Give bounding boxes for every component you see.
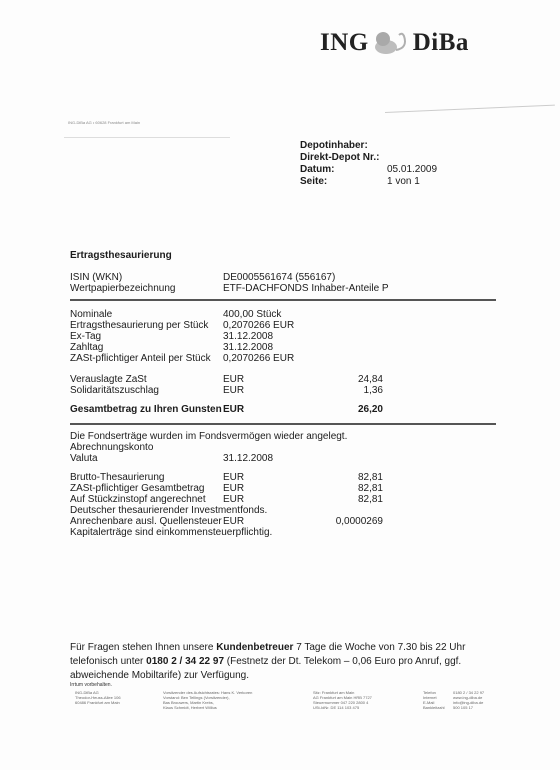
footer-address: ING-DiBa AG Theodor-Heuss-Allee 106 6048… [75,690,121,705]
bank-logo: ING DiBa [320,28,469,58]
total-amount: 26,20 [273,404,383,415]
row-currency: EUR [223,516,273,527]
footer-registry: Sitz: Frankfurt am Main AG Frankfurt am … [313,690,372,710]
row-value: DE0005561674 (556167) [223,272,335,283]
section-divider [70,299,496,301]
row-label: Zahltag [70,342,223,353]
row-label: Wertpapierbezeichnung [70,283,223,294]
tax-note: Kapitalerträge sind einkommensteuerpflic… [70,527,383,538]
row-label: Anrechenbare ausl. Quellensteuer [70,516,223,527]
row-value: 31.12.2008 [223,342,273,353]
footer-board: Vorsitzender des Aufsichtsrates: Hans K.… [163,690,252,710]
amount-row: ZASt-pflichtiger GesamtbetragEUR82,81 [70,483,383,494]
row-label: Verauslagte ZaSt [70,374,223,385]
row-currency: EUR [223,374,273,385]
row-amount: 24,84 [273,374,383,385]
info-label: Datum: [300,164,387,176]
row-value: 400,00 Stück [223,309,281,320]
row-label: Brutto-Thesaurierung [70,472,223,483]
info-value: 1 von 1 [387,176,420,188]
row-currency: EUR [223,483,273,494]
footer-value: 500 105 17 [453,705,473,710]
row-label: ZASt-pflichtiger Anteil per Stück [70,353,223,364]
reinvest-note: Die Fondserträge wurden im Fondsvermögen… [70,431,347,442]
total-currency: EUR [223,404,273,415]
row-value: 31.12.2008 [223,453,273,464]
contact-highlight: Kundenbetreuer [216,642,293,653]
header-info: Depotinhaber: Direkt-Depot Nr.: Datum: 0… [300,140,437,188]
info-row-seite: Seite: 1 von 1 [300,176,437,188]
detail-row: Nominale400,00 Stück [70,309,294,320]
row-amount: 82,81 [273,472,383,483]
row-currency: EUR [223,494,273,505]
footer-line: Klaus Schmidt, Herbert Willius [163,705,252,710]
info-row-depotinhaber: Depotinhaber: [300,140,437,152]
row-label: Nominale [70,309,223,320]
row-value: 31.12.2008 [223,331,273,342]
section-title: Ertragsthesaurierung [70,250,172,261]
info-row-depot-nr: Direkt-Depot Nr.: [300,152,437,164]
taxes-block: Verauslagte ZaStEUR24,84 Solidaritätszus… [70,374,383,396]
info-label: Direkt-Depot Nr.: [300,152,387,164]
row-value: 0,2070266 EUR [223,353,294,364]
account-label: Abrechnungskonto [70,442,347,453]
footer-contacts: Telefon0180 2 / 34 22 97 Internetwww.ing… [423,690,484,710]
section-divider [70,423,496,425]
row-label: Auf Stückzinstopf angerechnet [70,494,223,505]
lion-icon [372,30,410,56]
sender-address: ING-DiBa AG • 60628 Frankfurt am Main [68,120,140,125]
row-amount: 0,0000269 [273,516,383,527]
info-value: 05.01.2009 [387,164,437,176]
contact-text: Für Fragen stehen Ihnen unsere [70,642,216,653]
detail-row: Ex-Tag31.12.2008 [70,331,294,342]
fund-note: Deutscher thesaurierender Investmentfond… [70,505,383,516]
footer-line: USt-IdNr. DE 114 103 475 [313,705,372,710]
sender-divider [64,137,230,138]
tax-row: Verauslagte ZaStEUR24,84 [70,374,383,385]
row-value: ETF-DACHFONDS Inhaber-Anteile P [223,283,389,294]
detail-row: Zahltag31.12.2008 [70,342,294,353]
row-label: ZASt-pflichtiger Gesamtbetrag [70,483,223,494]
details-block: Nominale400,00 Stück Ertragsthesaurierun… [70,309,294,364]
logo-text-right: DiBa [413,29,469,57]
total-label: Gesamtbetrag zu Ihren Gunsten [70,404,223,415]
amount-row: Brutto-ThesaurierungEUR82,81 [70,472,383,483]
row-amount: 82,81 [273,483,383,494]
info-row-datum: Datum: 05.01.2009 [300,164,437,176]
security-row-name: Wertpapierbezeichnung ETF-DACHFONDS Inha… [70,283,389,294]
amounts-block: Brutto-ThesaurierungEUR82,81 ZASt-pflich… [70,472,383,538]
disclaimer: Irrtum vorbehalten. [70,682,112,688]
row-amount: 82,81 [273,494,383,505]
row-value: 0,2070266 EUR [223,320,294,331]
amount-row: Auf Stückzinstopf angerechnetEUR82,81 [70,494,383,505]
detail-row: ZASt-pflichtiger Anteil per Stück0,20702… [70,353,294,364]
decorative-line [385,105,555,113]
row-label: Ex-Tag [70,331,223,342]
row-amount: 1,36 [273,385,383,396]
footer-line: 60486 Frankfurt am Main [75,700,121,705]
info-label: Depotinhaber: [300,140,387,152]
phone-number: 0180 2 / 34 22 97 [146,656,224,667]
tax-row: SolidaritätszuschlagEUR1,36 [70,385,383,396]
contact-paragraph: Für Fragen stehen Ihnen unsere Kundenbet… [70,641,500,683]
valuta-row: Valuta31.12.2008 [70,453,347,464]
detail-row: Ertragsthesaurierung per Stück0,2070266 … [70,320,294,331]
row-label: ISIN (WKN) [70,272,223,283]
info-label: Seite: [300,176,387,188]
logo-text-left: ING [320,29,369,57]
row-currency: EUR [223,472,273,483]
security-block: ISIN (WKN) DE0005561674 (556167) Wertpap… [70,272,389,294]
reinvest-block: Die Fondserträge wurden im Fondsvermögen… [70,431,347,464]
row-label: Ertragsthesaurierung per Stück [70,320,223,331]
security-row-isin: ISIN (WKN) DE0005561674 (556167) [70,272,389,283]
withholding-row: Anrechenbare ausl. QuellensteuerEUR0,000… [70,516,383,527]
footer-key: Bankleitzahl [423,705,453,710]
row-label: Valuta [70,453,223,464]
total-row: Gesamtbetrag zu Ihren Gunsten EUR 26,20 [70,404,383,415]
row-label: Solidaritätszuschlag [70,385,223,396]
row-currency: EUR [223,385,273,396]
